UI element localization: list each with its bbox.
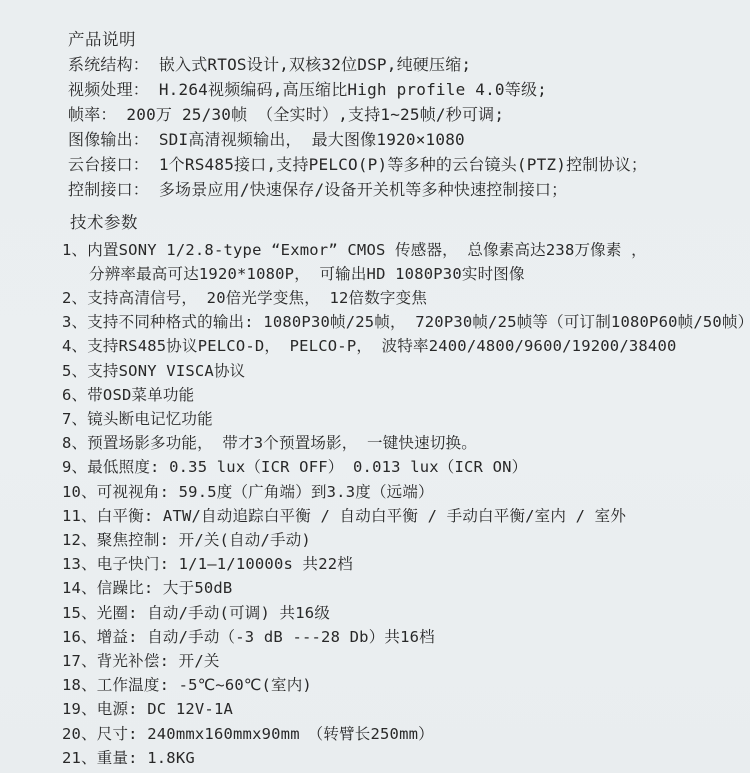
param-item-1-continued: 分辨率最高可达1920*1080P， 可输出HD 1080P30实时图像: [62, 262, 750, 286]
param-item-9: 9、最低照度: 0.35 lux（ICR OFF） 0.013 lux（ICR …: [62, 455, 750, 479]
param-item-7: 7、镜头断电记忆功能: [62, 407, 750, 431]
param-item-15: 15、光圈: 自动/手动(可调) 共16级: [62, 601, 750, 625]
param-item-12: 12、聚焦控制: 开/关(自动/手动): [62, 528, 750, 552]
technical-parameters-title: 技术参数: [70, 210, 750, 235]
spec-line-system-structure: 系统结构： 嵌入式RTOS设计,双核32位DSP,纯硬压缩;: [68, 52, 750, 77]
product-description-section: 产品说明 系统结构： 嵌入式RTOS设计,双核32位DSP,纯硬压缩; 视频处理…: [68, 27, 750, 203]
spec-line-image-output: 图像输出： SDI高清视频输出， 最大图像1920×1080: [68, 127, 750, 152]
spec-line-ptz-interface: 云台接口： 1个RS485接口,支持PELCO(P)等多种的云台镜头(PTZ)控…: [68, 152, 750, 177]
param-item-14: 14、信躁比: 大于50dB: [62, 576, 750, 600]
product-spec-document: 产品说明 系统结构： 嵌入式RTOS设计,双核32位DSP,纯硬压缩; 视频处理…: [0, 0, 750, 770]
param-item-6: 6、带OSD菜单功能: [62, 383, 750, 407]
technical-parameters-section: 技术参数 1、内置SONY 1/2.8-type “Exmor” CMOS 传感…: [62, 210, 750, 770]
product-description-title: 产品说明: [68, 27, 750, 52]
param-item-5: 5、支持SONY VISCA协议: [62, 359, 750, 383]
param-item-8: 8、预置场影多功能， 带才3个预置场影， 一键快速切换。: [62, 431, 750, 455]
param-item-19: 19、电源: DC 12V-1A: [62, 697, 750, 721]
param-item-1: 1、内置SONY 1/2.8-type “Exmor” CMOS 传感器， 总像…: [62, 238, 750, 262]
spec-line-frame-rate: 帧率： 200万 25/30帧 （全实时）,支持1~25帧/秒可调;: [68, 102, 750, 127]
spec-line-control-interface: 控制接口： 多场景应用/快速保存/设备开关机等多种快速控制接口；: [68, 177, 750, 202]
param-item-21: 21、重量: 1.8KG: [62, 746, 750, 770]
param-item-17: 17、背光补偿: 开/关: [62, 649, 750, 673]
param-item-16: 16、增益: 自动/手动（-3 dB ---28 Db）共16档: [62, 625, 750, 649]
param-item-4: 4、支持RS485协议PELCO-D， PELCO-P， 波特率2400/480…: [62, 334, 750, 358]
param-item-18: 18、工作温度: -5℃~60℃(室内): [62, 673, 750, 697]
param-item-10: 10、可视视角: 59.5度（广角端）到3.3度（远端）: [62, 480, 750, 504]
spec-line-video-processing: 视频处理： H.264视频编码,高压缩比High profile 4.0等级;: [68, 77, 750, 102]
param-item-3: 3、支持不同种格式的输出: 1080P30帧/25帧， 720P30帧/25帧等…: [62, 310, 750, 334]
param-item-13: 13、电子快门: 1/1—1/10000s 共22档: [62, 552, 750, 576]
param-item-2: 2、支持高清信号， 20倍光学变焦， 12倍数字变焦: [62, 286, 750, 310]
param-item-20: 20、尺寸: 240mmx160mmx90mm （转臂长250mm）: [62, 722, 750, 746]
param-item-11: 11、白平衡: ATW/自动追踪白平衡 / 自动白平衡 / 手动白平衡/室内 /…: [62, 504, 750, 528]
